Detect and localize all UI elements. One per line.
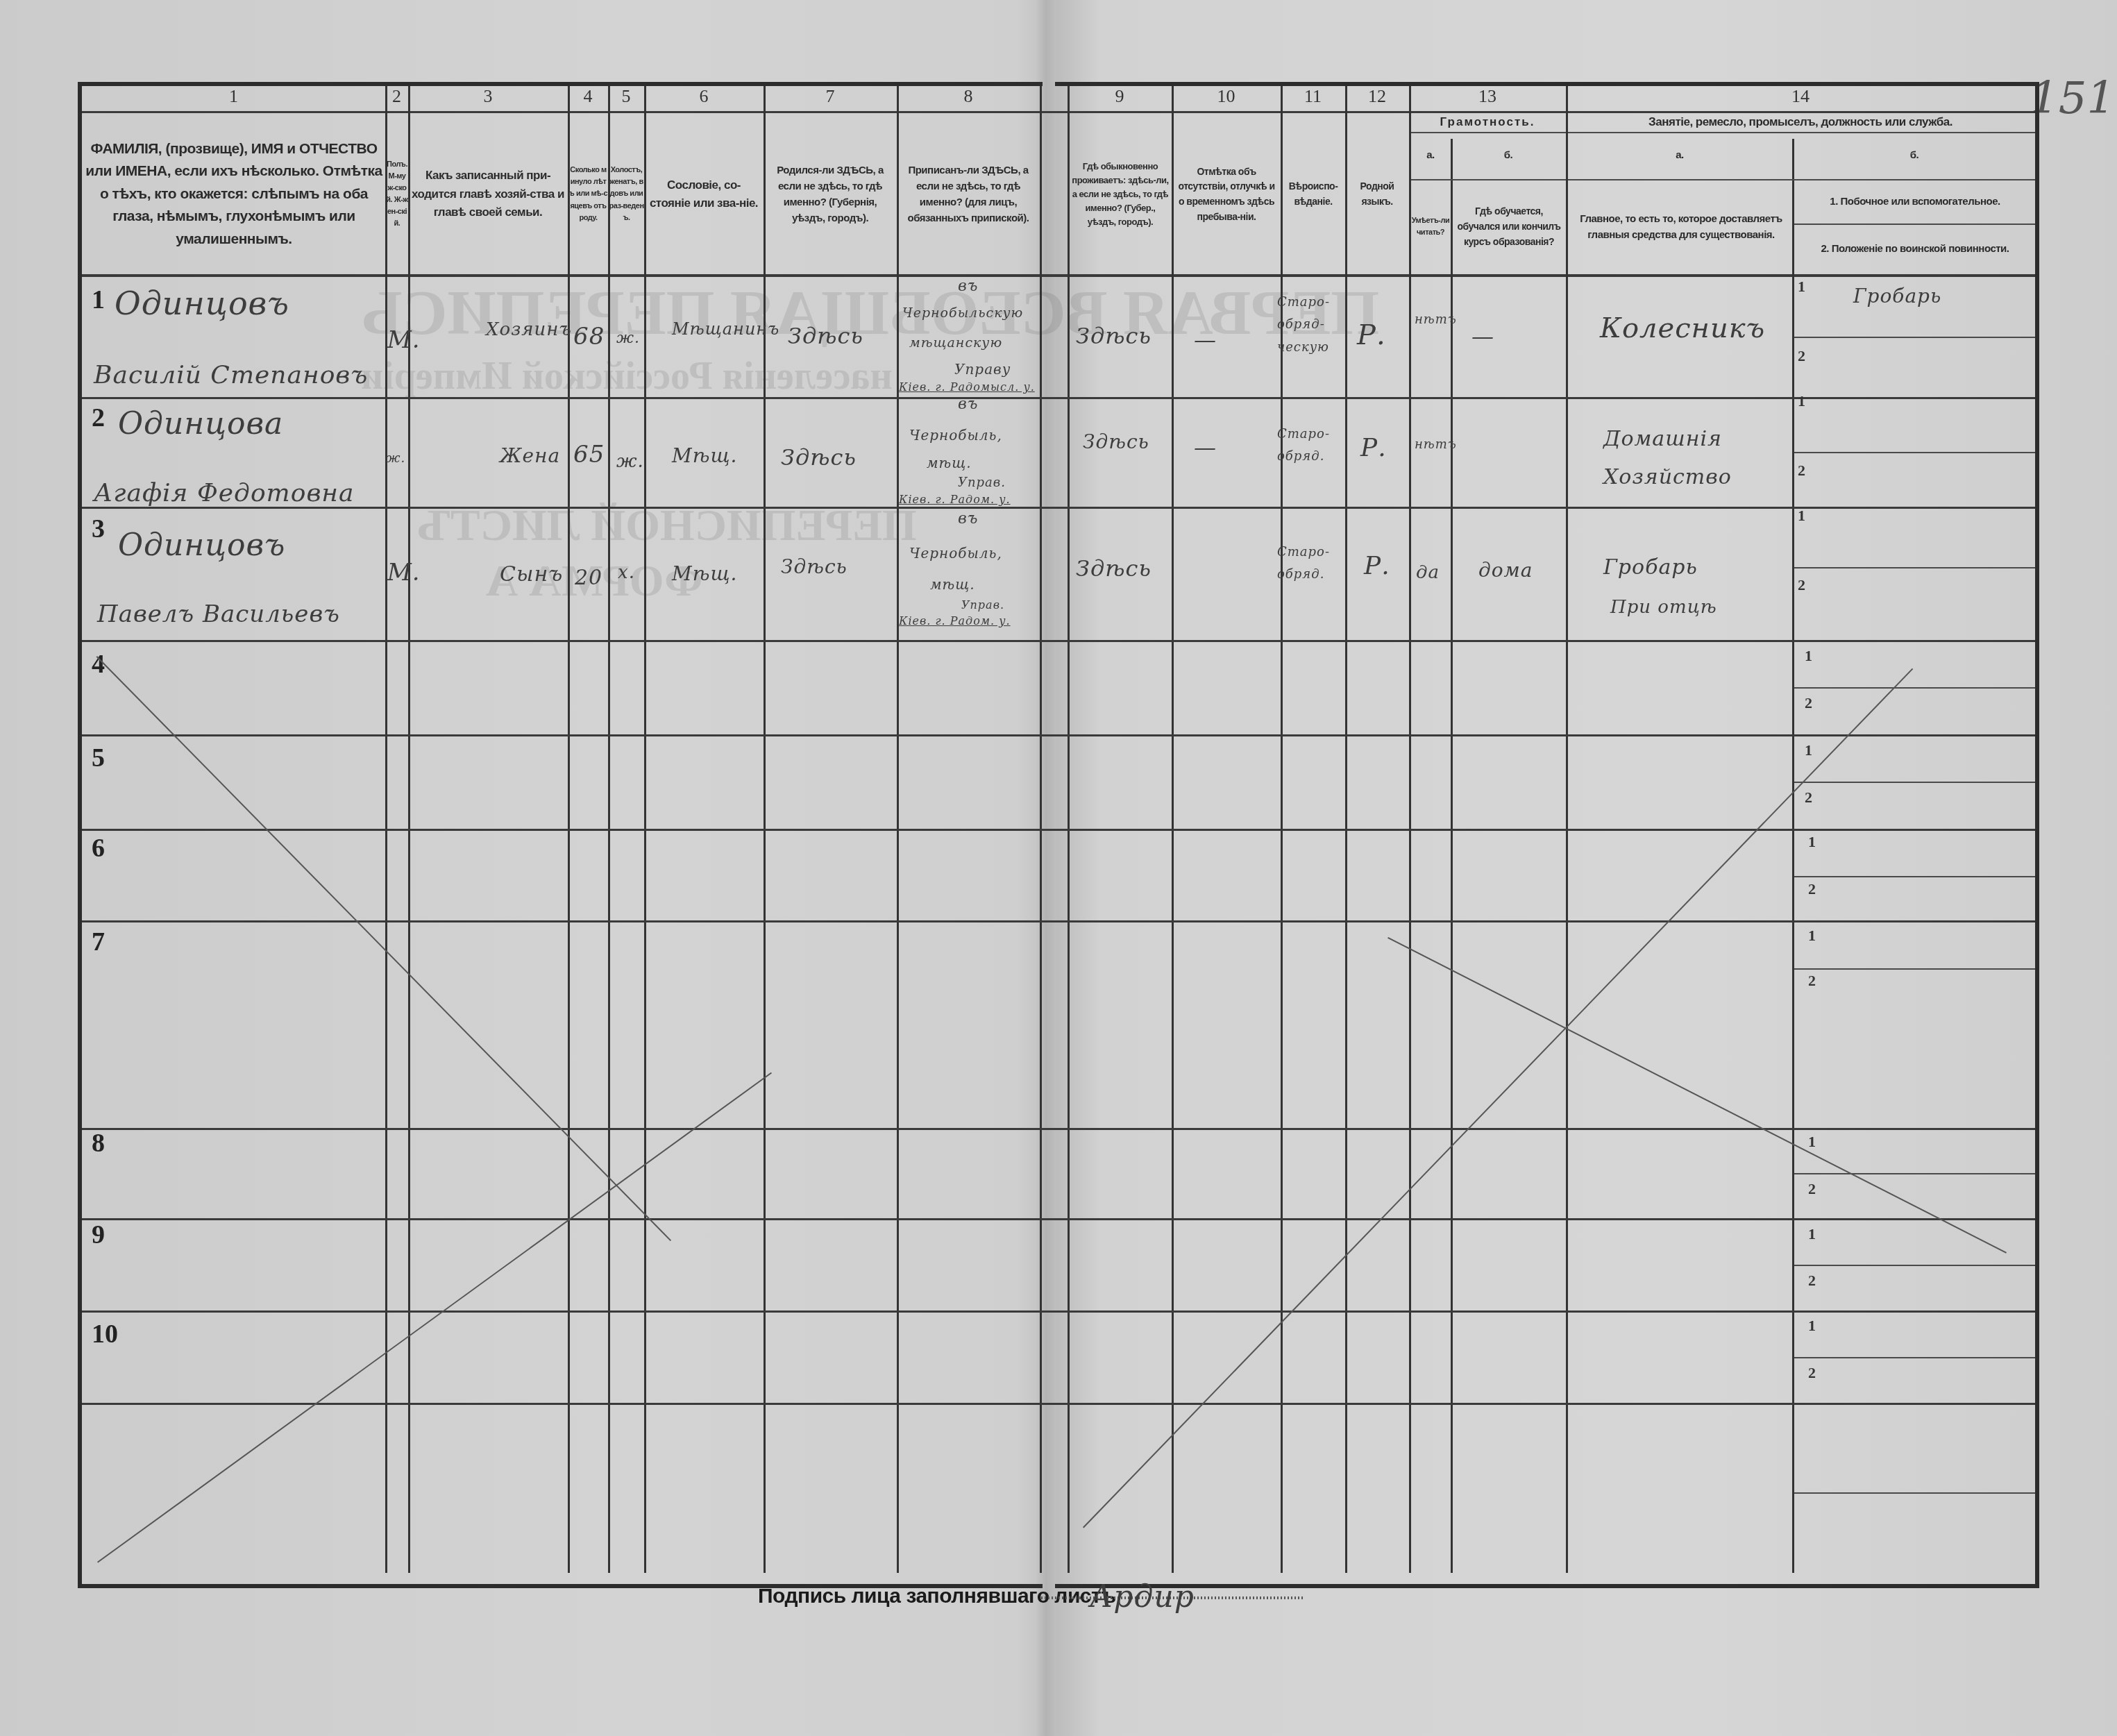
row3-occupation-main: Гробарь [1603, 555, 1698, 580]
row1-registered-4: Кiев. г. Радомысл. у. [899, 380, 1035, 394]
subrow-label: 2 [1798, 576, 1805, 594]
subrow-label: 2 [1808, 1272, 1816, 1290]
header-residence: Гдѣ обыкновенно проживаетъ: здѣсь-ли, а … [1070, 117, 1170, 272]
subrow-line-4 [1794, 687, 2035, 689]
subrow-line-11 [1794, 1492, 2035, 1494]
subrow-label: 1 [1798, 392, 1805, 410]
header-estate: Сословіе, со-стояніе или зва-ніе. [647, 117, 761, 272]
row2-marital: ж. [616, 451, 644, 472]
colnum-7: 7 [764, 86, 897, 107]
row2-literate: нѣтъ [1415, 437, 1457, 452]
row3-education: дома [1478, 559, 1533, 582]
subrow-label: 2 [1808, 1180, 1816, 1198]
header-registered: Приписанъ-ли ЗДѢСЬ, а если не здѣсь, то … [900, 117, 1037, 272]
colnum-6: 6 [644, 86, 764, 107]
census-sheet: ПЕРВАЯ ВСЕОБЩАЯ ПЕРЕПИСЬ населенія Россі… [0, 0, 2117, 1736]
row3-religion: Старо-обряд. [1277, 541, 1333, 587]
subrow-label: 1 [1798, 507, 1805, 525]
subrow-label: 2 [1808, 1364, 1816, 1382]
subrow-label: 1 [1808, 1317, 1816, 1335]
colnum-8: 8 [897, 86, 1040, 107]
row-number-6: 6 [92, 833, 105, 863]
header-sex: Полъ. М-муж-ской. Ж-жен-скій. [386, 117, 408, 272]
header-marital: Холостъ, женатъ, вдовъ или раз-веденъ. [609, 117, 644, 272]
row2-occupation-main-2: Хозяйство [1603, 465, 1732, 489]
row3-estate: Мѣщ. [672, 562, 737, 585]
row-divider-7 [82, 1128, 2035, 1130]
subrow-line-5 [1794, 782, 2035, 783]
header-occupation-b-letter: б. [1795, 133, 2034, 178]
colnum-10: 10 [1172, 86, 1281, 107]
row1-residence: Здѣсь [1076, 323, 1152, 349]
row1-registered-1: Чернобыльскую [902, 305, 1023, 321]
row2-registered-0: въ [958, 396, 978, 413]
subrow-line-2 [1794, 452, 2035, 453]
row3-registered-0: въ [958, 510, 978, 528]
colnum-11: 11 [1281, 86, 1345, 107]
row3-residence: Здѣсь [1076, 555, 1152, 582]
header-literacy-b: Гдѣ обучается, обучался или кончилъ курс… [1453, 182, 1564, 272]
row3-registered-4: Кiев. г. Радом. у. [899, 614, 1011, 627]
row-number-2: 2 [92, 403, 105, 433]
row3-sex: М. [387, 559, 421, 587]
colnum-13: 13 [1409, 86, 1566, 107]
row2-estate: Мѣщ. [672, 444, 737, 467]
row-number-9: 9 [92, 1220, 105, 1250]
row2-sex: ж. [386, 451, 405, 466]
subrow-line-8 [1794, 1173, 2035, 1174]
row2-registered-1: Чернобыль, [909, 427, 1002, 444]
header-military: 2. Положеніе по воинской повинности. [1798, 226, 2032, 272]
row3-surname: Одинцовъ [118, 528, 285, 563]
row2-registered-2: мѣщ. [927, 455, 972, 471]
header-age: Сколько минуло лѣтъ или мѣ-сяцевъ отъ ро… [568, 117, 608, 272]
col14-letterline [1568, 179, 2035, 180]
row-divider-1 [82, 397, 2035, 399]
row2-religion: Старо-обряд. [1277, 423, 1333, 469]
subrow-label: 2 [1798, 347, 1805, 365]
signature-value[interactable]: Ардир [1090, 1579, 1195, 1615]
colnum-4: 4 [568, 86, 608, 107]
header-name: ФАМИЛІЯ, (прозвище), ИМЯ и ОТЧЕСТВО или … [85, 117, 383, 272]
row3-literate: да [1416, 562, 1440, 583]
header-occupation-side: 1. Побочное или вспомогательное. [1798, 182, 2032, 222]
subrow-label: 2 [1798, 462, 1805, 480]
subrow-line-6 [1794, 876, 2035, 877]
subrow-line-1 [1794, 337, 2035, 338]
row2-registered-4: Кiев. г. Радом. у. [899, 493, 1011, 506]
row1-registered-0: въ [958, 278, 978, 295]
colnum-3: 3 [408, 86, 568, 107]
row1-literate: нѣтъ [1415, 312, 1457, 327]
row3-registered-1: Чернобыль, [909, 545, 1002, 562]
row-number-5: 5 [92, 743, 105, 773]
header-literacy-b-letter: б. [1452, 133, 1564, 178]
col-divider-13a-13b [1451, 139, 1453, 1573]
subrow-label: 1 [1808, 833, 1816, 851]
colnum-9: 9 [1068, 86, 1172, 107]
row1-estate: Мѣщанинъ [672, 319, 755, 339]
row-divider-4 [82, 734, 2035, 736]
row3-language: Р. [1364, 552, 1390, 580]
row-divider-3 [82, 640, 2035, 642]
colnum-5: 5 [608, 86, 644, 107]
header-religion: Вѣроиспо-вѣданіе. [1283, 117, 1344, 272]
row2-surname: Одинцова [118, 406, 283, 441]
row1-occupation-side: Гробарь [1853, 285, 1941, 307]
col13-letterline [1411, 179, 1566, 180]
subrow-line-9 [1794, 1265, 2035, 1266]
subrow-label: 1 [1805, 647, 1812, 665]
row1-education: — [1471, 323, 1494, 349]
row2-age: 65 [573, 441, 605, 469]
row3-relation: Сынъ [500, 562, 563, 587]
row-number-7: 7 [92, 927, 105, 957]
row-divider-10 [82, 1403, 2035, 1405]
row1-age: 68 [573, 323, 605, 351]
header-born: Родился-ли ЗДѢСЬ, а если не здѣсь, то гд… [766, 117, 894, 272]
row-number-8: 8 [92, 1128, 105, 1158]
row3-age: 20 [575, 566, 602, 590]
subrow-line-7 [1794, 968, 2035, 970]
colnum-2: 2 [385, 86, 408, 107]
header-occupation: Занятіе, ремесло, промыселъ, должность и… [1569, 112, 2032, 132]
row2-relation: Жена [500, 444, 560, 467]
table-frame-right [1055, 82, 2039, 1588]
row-divider-2 [82, 507, 2035, 509]
row-number-1: 1 [92, 285, 105, 315]
header-divider [82, 274, 2035, 277]
row2-occupation-main: Домашнiя [1603, 427, 1722, 451]
subrow-label: 1 [1798, 278, 1805, 296]
row-divider-5 [82, 829, 2035, 831]
subrow-line-3 [1794, 567, 2035, 568]
header-occupation-main: Главное, то есть то, которое доставляетъ… [1573, 182, 1789, 272]
row1-religion: Старо-обряд-ческую [1277, 292, 1333, 359]
header-relation: Какъ записанный при-ходится главѣ хозяй-… [411, 117, 565, 272]
subrow-label: 2 [1808, 972, 1816, 990]
subrow-label: 1 [1808, 1133, 1816, 1151]
row3-marital: х. [618, 562, 635, 583]
row1-sex: М. [387, 326, 421, 354]
colnum-12: 12 [1345, 86, 1409, 107]
row-number-10: 10 [92, 1319, 118, 1349]
row3-occupation-main-2: При отцѣ [1610, 597, 1717, 618]
row2-residence: Здѣсь [1083, 430, 1149, 453]
header-literacy: Грамотность. [1410, 112, 1564, 132]
row1-language: Р. [1357, 319, 1386, 351]
row-number-3: 3 [92, 514, 105, 544]
row2-language: Р. [1360, 434, 1387, 462]
row3-registered-3: Управ. [961, 598, 1004, 612]
subrow-label: 1 [1805, 741, 1812, 759]
row1-marital: ж. [616, 330, 640, 347]
subrow-label: 1 [1808, 1225, 1816, 1243]
row3-given-name: Павелъ Васильевъ [97, 600, 340, 628]
colnum-1: 1 [82, 86, 385, 107]
row1-born: Здѣсь [788, 323, 863, 349]
row2-absence: — [1194, 434, 1217, 460]
row3-registered-2: мѣщ. [930, 576, 975, 593]
row1-relation: Хозяинъ [486, 319, 572, 340]
row2-given-name: Агафія Федотовна [94, 479, 355, 507]
header-literacy-a-letter: а. [1410, 133, 1451, 178]
row1-occupation-main: Колесникъ [1600, 312, 1765, 344]
col14b-split [1794, 224, 2035, 225]
subrow-label: 1 [1808, 927, 1816, 945]
row-divider-6 [82, 920, 2035, 922]
colnum-14: 14 [1566, 86, 2035, 107]
row2-registered-3: Управ. [958, 475, 1006, 490]
header-literacy-a: Умѣетъ-ли читать? [1410, 182, 1451, 272]
row3-born: Здѣсь [781, 555, 847, 578]
header-absence: Отмѣтка объ отсутствіи, отлучкѣ и о врем… [1174, 117, 1279, 272]
subrow-line-10 [1794, 1357, 2035, 1358]
row-divider-8 [82, 1218, 2035, 1220]
subrow-label: 2 [1805, 694, 1812, 712]
subrow-label: 2 [1808, 880, 1816, 898]
row1-surname: Одинцовъ [115, 285, 289, 322]
subrow-label: 2 [1805, 789, 1812, 807]
page-number: 151 [2030, 73, 2115, 124]
row1-given-name: Василій Степановъ [94, 361, 368, 389]
row2-born: Здѣсь [781, 444, 857, 471]
row-divider-9 [82, 1311, 2035, 1313]
header-language: Родной языкъ. [1347, 117, 1408, 272]
row1-registered-3: Управу [954, 361, 1011, 378]
header-occupation-a-letter: а. [1569, 133, 1791, 178]
row1-registered-2: мѣщанскую [909, 335, 1002, 351]
row1-absence: — [1194, 326, 1217, 353]
